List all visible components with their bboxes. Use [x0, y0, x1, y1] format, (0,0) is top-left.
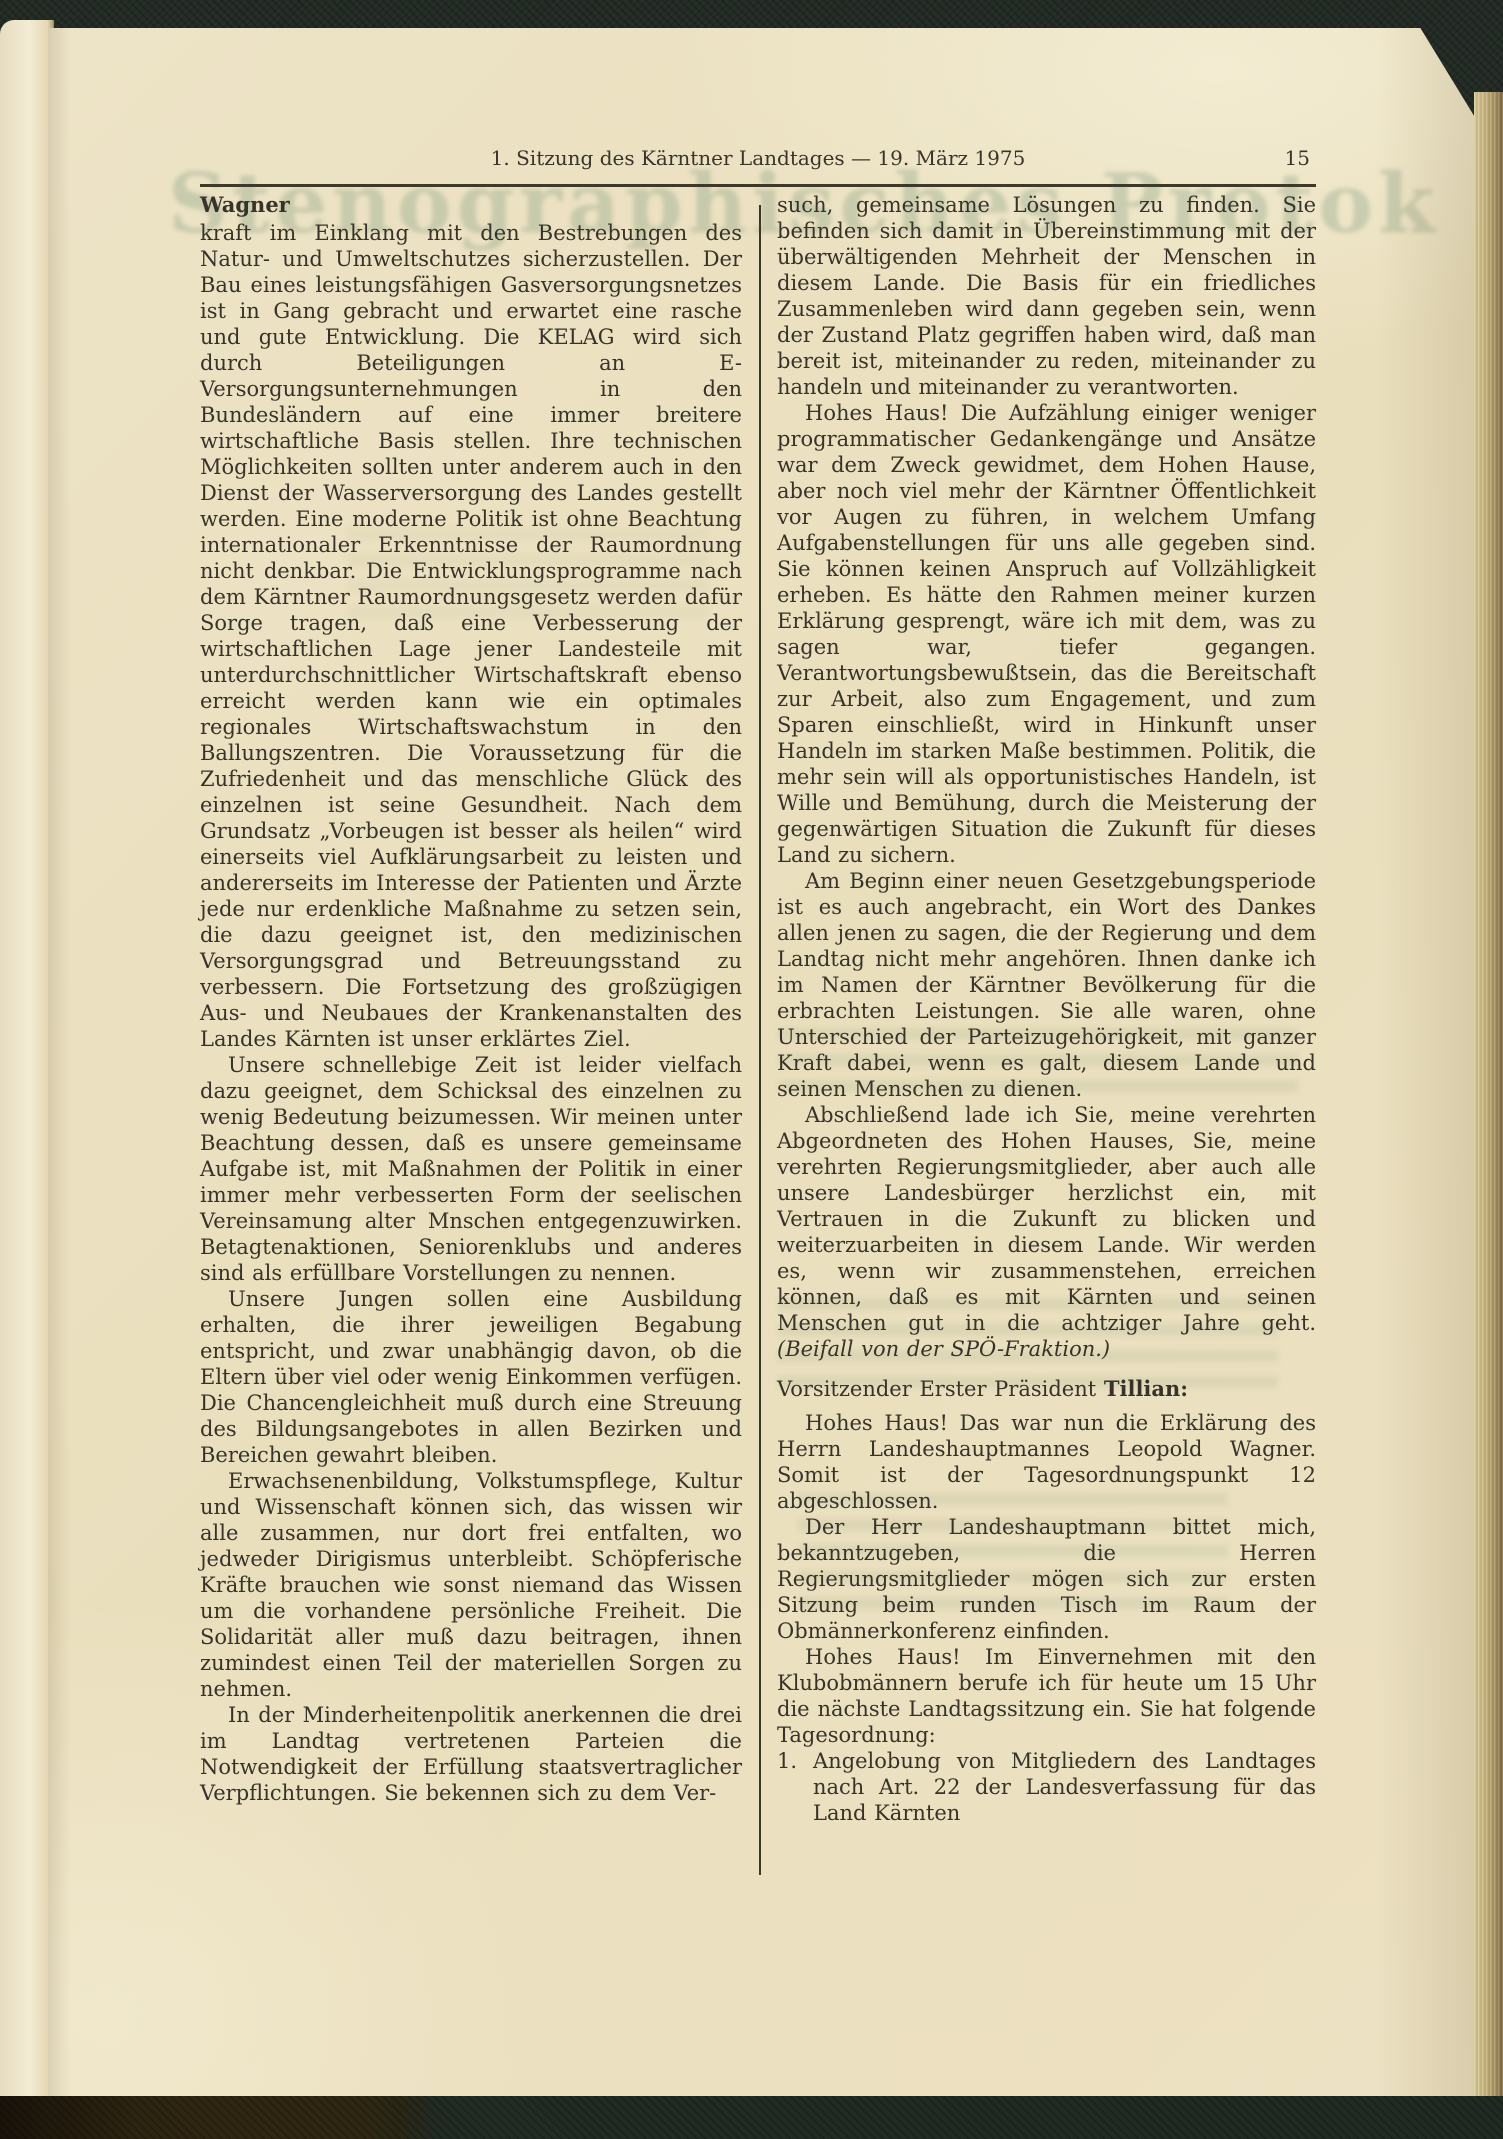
page-edge-left: [0, 20, 54, 2098]
agenda-item: 1. Angelobung von Mitgliedern des Landta…: [777, 1748, 1316, 1826]
paragraph: Hohes Haus! Das war nun die Erklärung de…: [777, 1410, 1316, 1514]
chair-heading: Vorsitzender Erster Präsident Tillian:: [777, 1376, 1316, 1402]
document-page: Stenographisches Protokoll 1. Sitzung de…: [48, 28, 1476, 2098]
paragraph: Erwachsenenbildung, Volkstumspflege, Kul…: [200, 1468, 742, 1702]
column-divider: [759, 205, 761, 1875]
paragraph: Der Herr Landeshauptmann bittet mich, be…: [777, 1514, 1316, 1644]
paragraph: In der Minderheitenpolitik anerkennen di…: [200, 1702, 742, 1806]
chair-name: Tillian:: [1104, 1376, 1188, 1401]
speaker-heading: Wagner: [200, 192, 742, 218]
agenda-text: Angelobung von Mitgliedern des Landtages…: [813, 1748, 1316, 1826]
page-stack-edge: [1474, 92, 1503, 2098]
paragraph: Abschließend lade ich Sie, meine verehrt…: [777, 1102, 1316, 1362]
left-column: Wagner kraft im Einklang mit den Bestreb…: [200, 192, 742, 1806]
header-rule: [200, 184, 1316, 187]
book-page-scan: { "page": { "header": { "title": "1. Sit…: [0, 0, 1503, 2139]
paragraph: Hohes Haus! Im Einvernehmen mit den Klub…: [777, 1644, 1316, 1748]
applause-note: (Beifall von der SPÖ-Fraktion.): [777, 1337, 1110, 1361]
running-header: 1. Sitzung des Kärntner Landtages — 19. …: [200, 146, 1316, 176]
paragraph: Unsere schnellebige Zeit ist leider viel…: [200, 1052, 742, 1286]
paragraph: Hohes Haus! Die Aufzählung einiger wenig…: [777, 400, 1316, 868]
page-number: 15: [1285, 146, 1310, 170]
paragraph: such, gemeinsame Lösungen zu finden. Sie…: [777, 192, 1316, 400]
book-cover-bottom: [0, 2096, 1503, 2139]
paragraph: kraft im Einklang mit den Bestrebungen d…: [200, 220, 742, 1052]
paragraph: Am Beginn einer neuen Gesetzgebungsperio…: [777, 868, 1316, 1102]
paragraph: Unsere Jungen sollen eine Ausbildung erh…: [200, 1286, 742, 1468]
right-column: such, gemeinsame Lösungen zu finden. Sie…: [777, 192, 1316, 1826]
agenda-number: 1.: [777, 1748, 813, 1826]
header-title: 1. Sitzung des Kärntner Landtages — 19. …: [200, 146, 1316, 170]
